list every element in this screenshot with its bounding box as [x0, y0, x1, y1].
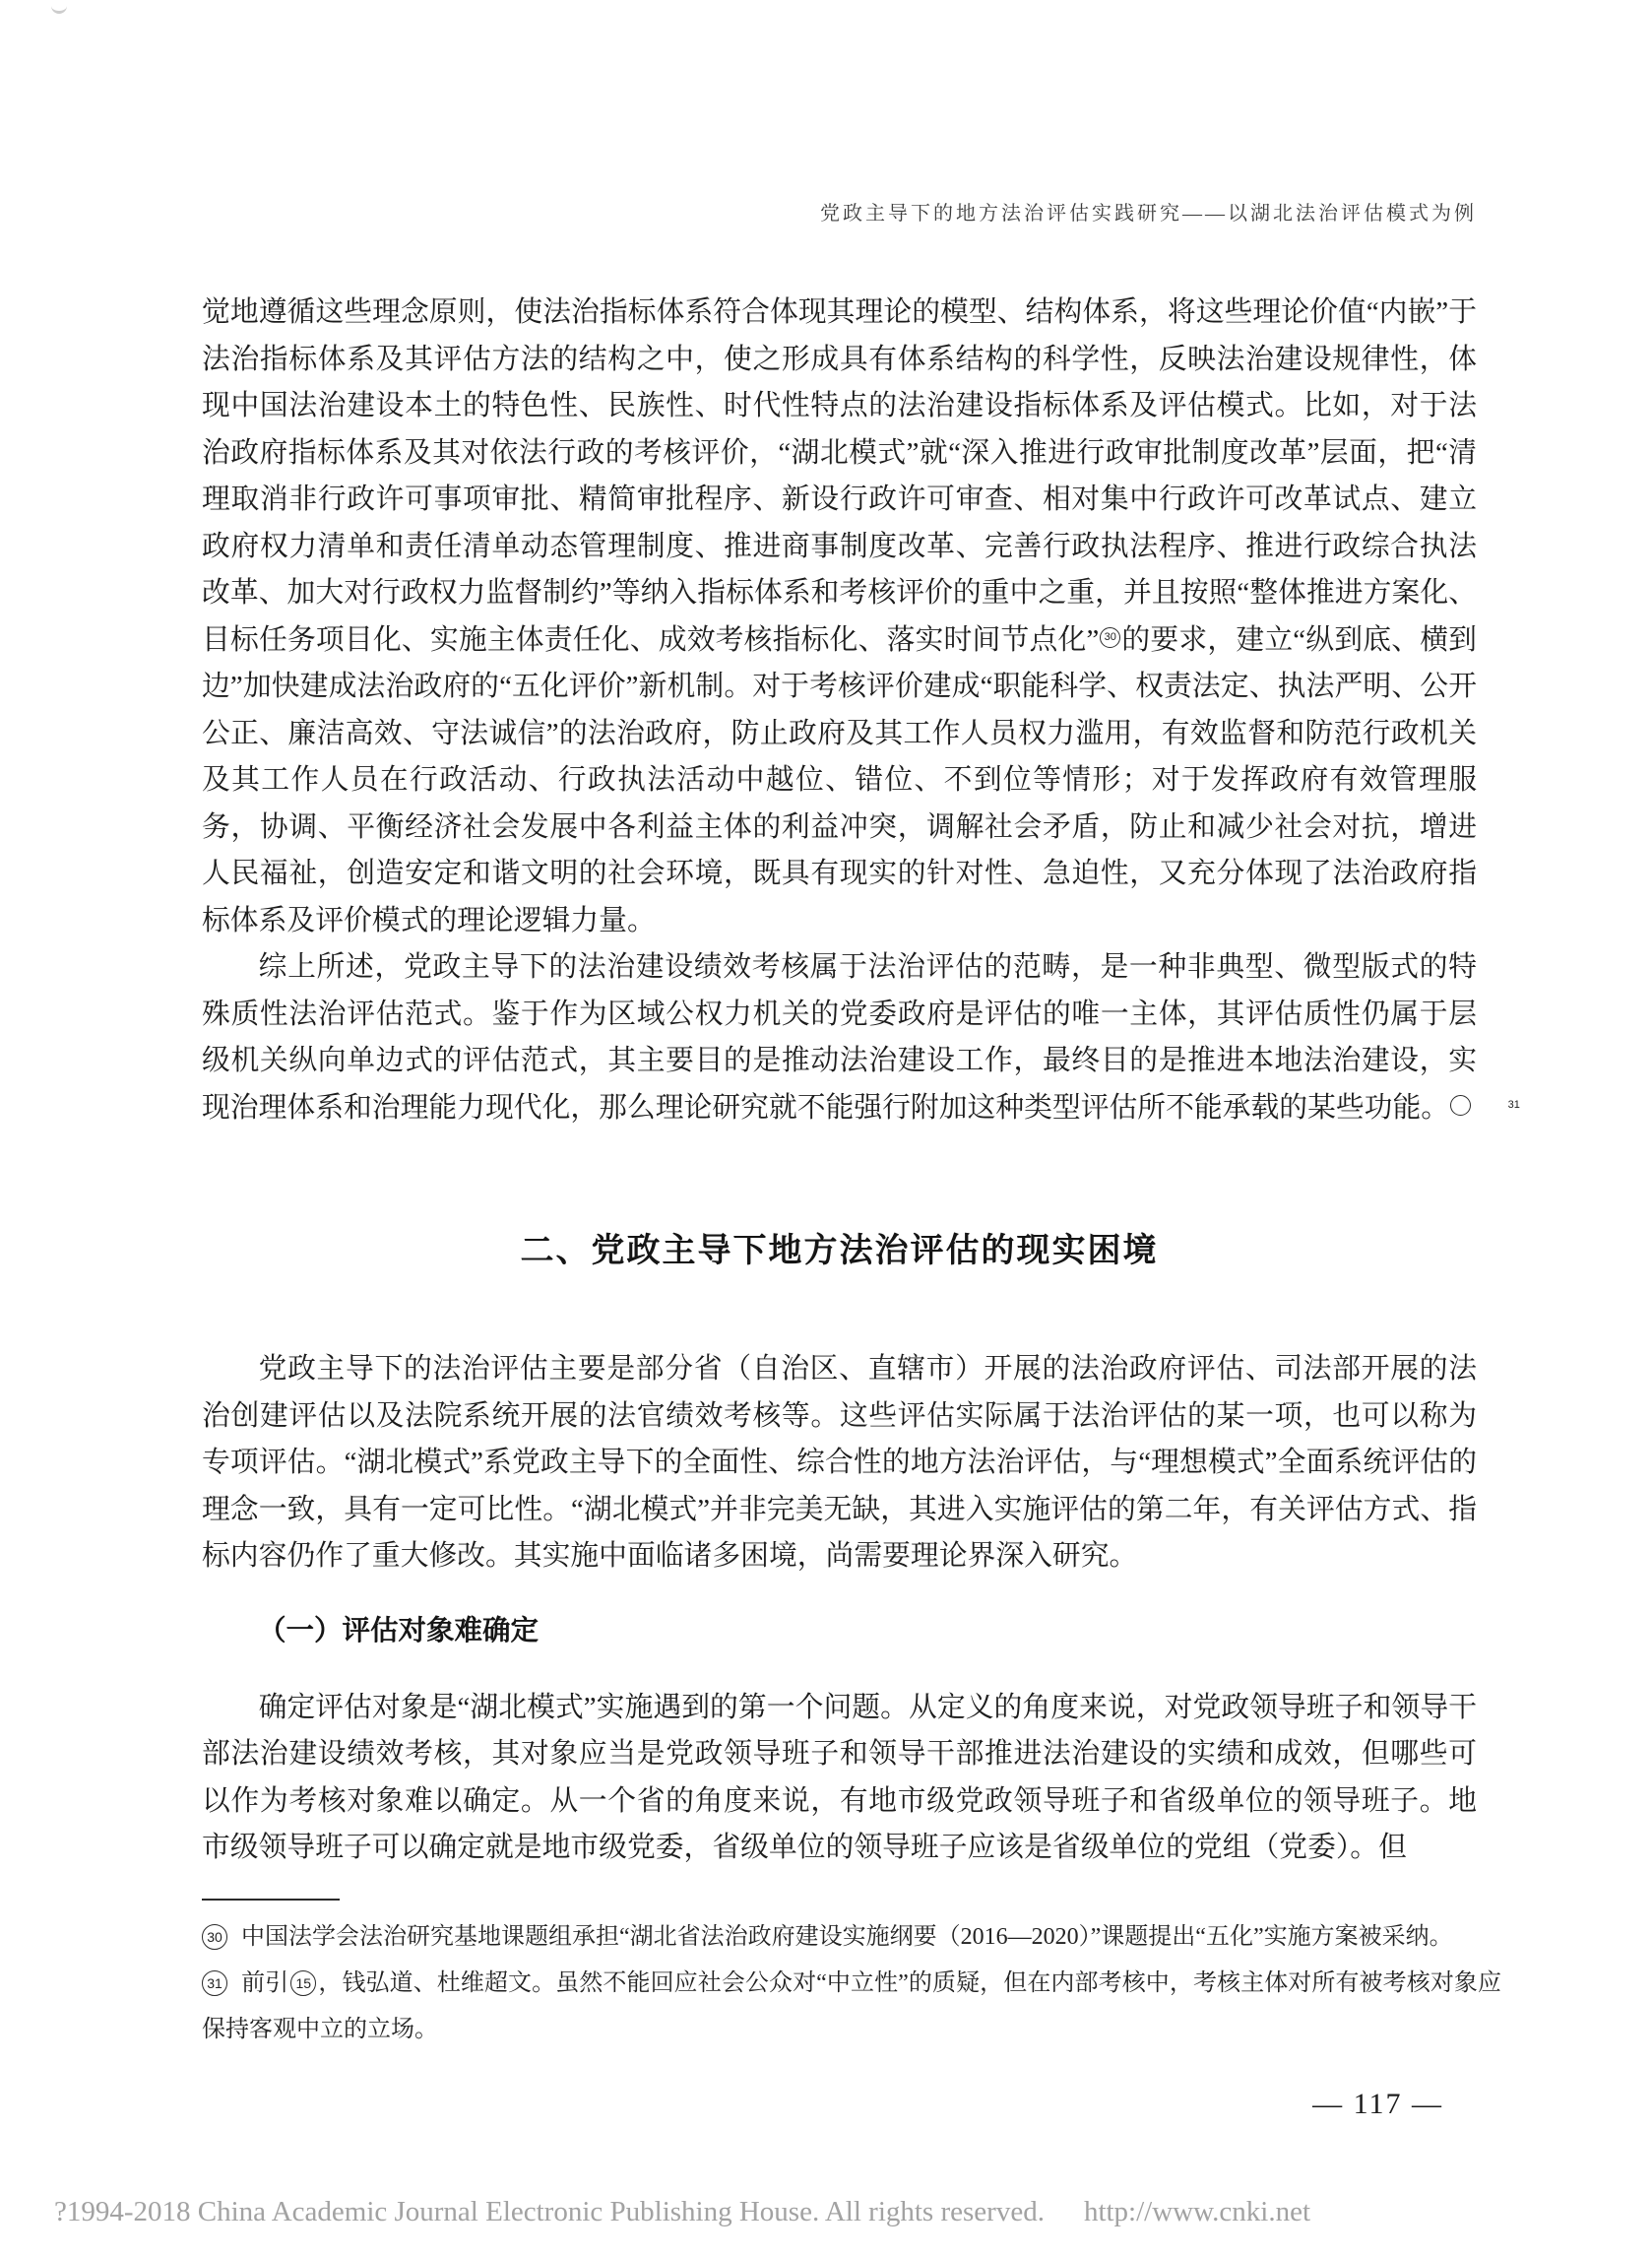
footnote-separator: [202, 1899, 340, 1901]
section-heading: 二、党政主导下地方法治评估的现实困境: [202, 1230, 1477, 1271]
scanned-paper-page: { "page": { "running_head": "党政主导下的地方法治评…: [0, 0, 1652, 2257]
footer: ?1994-2018 China Academic Journal Electr…: [54, 2196, 1610, 2228]
footnote-ref-30: 30: [1100, 627, 1120, 648]
footnote-text: 中国法学会法治研究基地课题组承担“湖北省法治政府建设实施纲要（2016—2020…: [241, 1924, 1453, 1950]
footnote: 31前引15，钱弘道、杜维超文。虽然不能回应社会公众对“中立性”的质疑，但在内部…: [202, 1961, 1501, 2053]
footnote-marker-31: 31: [202, 1970, 227, 1996]
citation-ref-15: 15: [290, 1970, 316, 1996]
footer-copyright: ?1994-2018 China Academic Journal Electr…: [54, 2196, 1045, 2227]
footnote: 30中国法学会法治研究基地课题组承担“湖北省法治政府建设实施纲要（2016—20…: [202, 1914, 1501, 1961]
footnote-text: ，钱弘道、杜维超文。虽然不能回应社会公众对“中立性”的质疑，但在内部考核中，考核…: [202, 1970, 1501, 2042]
paragraph: 确定评估对象是“湖北模式”实施遇到的第一个问题。从定义的角度来说，对党政领导班子…: [202, 1685, 1477, 1872]
footnote-block: 30中国法学会法治研究基地课题组承担“湖北省法治政府建设实施纲要（2016—20…: [202, 1899, 1501, 2053]
footnote-marker-30: 30: [202, 1924, 227, 1950]
article-body: 觉地遵循这些理念原则，使法治指标体系符合体现其理论的模型、结构体系，将这些理论价…: [202, 290, 1477, 1872]
paragraph: 综上所述，党政主导下的法治建设绩效考核属于法治评估的范畴，是一种非典型、微型版式…: [202, 944, 1477, 1131]
footer-url: http://www.cnki.net: [1084, 2196, 1310, 2227]
paragraph-continuation: 觉地遵循这些理念原则，使法治指标体系符合体现其理论的模型、结构体系，将这些理论价…: [202, 290, 1477, 944]
page-number: — 117 —: [1312, 2088, 1443, 2121]
running-head: 党政主导下的地方法治评估实践研究——以湖北法治评估模式为例: [820, 197, 1477, 226]
subsection-heading: （一）评估对象难确定: [202, 1610, 1477, 1651]
footnote-ref-31: 31: [1450, 1095, 1471, 1116]
paragraph-text: 的要求，建立“纵到底、横到边”加快建成法治政府的“五化评价”新机制。对于考核评价…: [202, 624, 1477, 936]
paragraph-text: 觉地遵循这些理念原则，使法治指标体系符合体现其理论的模型、结构体系，将这些理论价…: [202, 296, 1477, 656]
scan-artifact: [51, 2, 67, 14]
paragraph-text: 综上所述，党政主导下的法治建设绩效考核属于法治评估的范畴，是一种非典型、微型版式…: [202, 951, 1477, 1124]
footnote-text: 前引: [241, 1970, 288, 1996]
paragraph: 党政主导下的法治评估主要是部分省（自治区、直辖市）开展的法治政府评估、司法部开展…: [202, 1346, 1477, 1580]
